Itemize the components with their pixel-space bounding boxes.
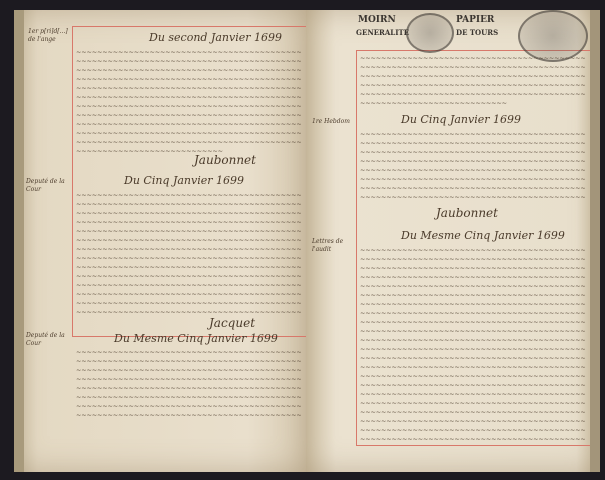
entry-text: ~~~~~~~~~~~~~~~~~~~~~~~~~~~~~~~~~~~~~~~~…	[360, 255, 585, 263]
entry-text: ~~~~~~~~~~~~~~~~~~~~~~~~~~~~	[360, 99, 510, 107]
entry-text: ~~~~~~~~~~~~~~~~~~~~~~~~~~~~~~~~~~~~~~~~…	[76, 245, 301, 253]
entry-text: ~~~~~~~~~~~~~~~~~~~~~~~~~~~~~~~~~~~~~~~~…	[76, 290, 301, 298]
entry-heading: Du Mesme Cinq Janvier 1699	[401, 229, 565, 242]
entry-text: ~~~~~~~~~~~~~~~~~~~~~~~~~~~~~~~~~~~~~~~~…	[360, 193, 585, 201]
entry-text: ~~~~~~~~~~~~~~~~~~~~~~~~~~~~~~~~~~~~~~~~…	[360, 81, 585, 89]
entry-text: ~~~~~~~~~~~~~~~~~~~~~~~~~~~~~~~~~~~~~~~~…	[76, 93, 301, 101]
entry-text: ~~~~~~~~~~~~~~~~~~~~~~~~~~~~~~~~~~~~~~~~…	[360, 399, 585, 407]
entry-text: ~~~~~~~~~~~~~~~~~~~~~~~~~~~~~~~~~~~~~~~~…	[76, 120, 301, 128]
entry-text: ~~~~~~~~~~~~~~~~~~~~~~~~~~~~~~~~~~~~~~~~…	[76, 384, 301, 392]
entry-text: ~~~~~~~~~~~~~~~~~~~~~~~~~~~~~~~~~~~~~~~~…	[76, 218, 301, 226]
entry-text: ~~~~~~~~~~~~~~~~~~~~~~~~~~~~~~~~~~~~~~~~…	[360, 184, 585, 192]
margin-note: 1re Hebdom	[312, 118, 356, 126]
entry-text: ~~~~~~~~~~~~~~~~~~~~~~~~~~~~~~~~~~~~~~~~…	[360, 282, 585, 290]
signature: Jaubonnet	[436, 206, 498, 220]
entry-text: ~~~~~~~~~~~~~~~~~~~~~~~~~~~~~~~~~~~~~~~~…	[360, 381, 585, 389]
entry-text: ~~~~~~~~~~~~~~~~~~~~~~~~~~~~~~~~~~~~~~~~…	[76, 411, 301, 419]
entry-text: ~~~~~~~~~~~~~~~~~~~~~~~~~~~~~~~~~~~~~~~~…	[76, 129, 301, 137]
page-edge	[590, 10, 600, 472]
entry-text: ~~~~~~~~~~~~~~~~~~~~~~~~~~~~~~~~~~~~~~~~…	[76, 402, 301, 410]
entry-heading: Du Mesme Cinq Janvier 1699	[114, 332, 278, 345]
red-top-rule	[72, 26, 306, 27]
entry-text: ~~~~~~~~~~~~~~~~~~~~~~~~~~~~~~~~~~~~~~~~…	[360, 417, 585, 425]
entry-text: ~~~~~~~~~~~~~~~~~~~~~~~~~~~~~~~~~~~~~~~~…	[76, 263, 301, 271]
entry-text: ~~~~~~~~~~~~~~~~~~~~~~~~~~~~~~~~~~~~~~~~…	[360, 426, 585, 434]
entry-text: ~~~~~~~~~~~~~~~~~~~~~~~~~~~~~~~~~~~~~~~~…	[76, 102, 301, 110]
entry-text: ~~~~~~~~~~~~~~~~~~~~~~~~~~~~~~~~~~~~~~~~…	[360, 246, 585, 254]
entry-text: ~~~~~~~~~~~~~~~~~~~~~~~~~~~~~~~~~~~~~~~~…	[360, 90, 585, 98]
entry-text: ~~~~~~~~~~~~~~~~~~~~~~~~~~~~~~~~~~~~~~~~…	[76, 281, 301, 289]
margin-note: Deputé de la Cour	[26, 332, 70, 348]
entry-text: ~~~~~~~~~~~~~~~~~~~~~~~~~~~~~~~~~~~~~~~~…	[360, 372, 585, 380]
entry-text: ~~~~~~~~~~~~~~~~~~~~~~~~~~~~~~~~~~~~~~~~…	[76, 348, 301, 356]
entry-text: ~~~~~~~~~~~~~~~~~~~~~~~~~~~~~~~~~~~~~~~~…	[360, 264, 585, 272]
entry-text: ~~~~~~~~~~~~~~~~~~~~~~~~~~~~~~~~~~~~~~~~…	[360, 54, 585, 62]
entry-text: ~~~~~~~~~~~~~~~~~~~~~~~~~~~~~~~~~~~~~~~~…	[360, 166, 585, 174]
entry-text: ~~~~~~~~~~~~~~~~~~~~~~~~~~~~~~~~~~~~~~~~…	[360, 363, 585, 371]
top-margin-note: 1er p[ri]d[...] de l'ange	[28, 28, 76, 44]
entry-heading: Du second Janvier 1699	[149, 31, 282, 44]
entry-text: ~~~~~~~~~~~~~~~~~~~~~~~~~~~~~~~~~~~~~~~~…	[76, 57, 301, 65]
entry-text: ~~~~~~~~~~~~~~~~~~~~~~~~~~~~~~~~~~~~~~~~…	[360, 345, 585, 353]
entry-text: ~~~~~~~~~~~~~~~~~~~~~~~~~~~~~~~~~~~~~~~~…	[76, 227, 301, 235]
entry-text: ~~~~~~~~~~~~~~~~~~~~~~~~~~~~~~~~~~~~~~~~…	[360, 309, 585, 317]
entry-text: ~~~~~~~~~~~~~~~~~~~~~~~~~~~~~~~~~~~~~~~~…	[360, 63, 585, 71]
entry-text: ~~~~~~~~~~~~~~~~~~~~~~~~~~~~~~~~~~~~~~~~…	[76, 272, 301, 280]
red-margin-rule	[72, 26, 73, 336]
entry-text: ~~~~~~~~~~~~~~~~~~~~~~~~~~~~~~~~~~~~~~~~…	[76, 191, 301, 199]
entry-text: ~~~~~~~~~~~~~~~~~~~~~~~~~~~~~~~~~~~~~~~~…	[76, 236, 301, 244]
margin-note: Deputé de la Cour	[26, 178, 70, 194]
entry-text: ~~~~~~~~~~~~~~~~~~~~~~~~~~~~~~~~~~~~~~~~…	[360, 327, 585, 335]
entry-text: ~~~~~~~~~~~~~~~~~~~~~~~~~~~~~~~~~~~~~~~~…	[76, 111, 301, 119]
stamp-seal	[406, 13, 454, 53]
entry-text: ~~~~~~~~~~~~~~~~~~~~~~~~~~~~~~~~~~~~~~~~…	[360, 390, 585, 398]
entry-text: ~~~~~~~~~~~~~~~~~~~~~~~~~~~~~~~~~~~~~~~~…	[76, 375, 301, 383]
entry-text: ~~~~~~~~~~~~~~~~~~~~~~~~~~~~~~~~~~~~~~~~…	[76, 200, 301, 208]
entry-text: ~~~~~~~~~~~~~~~~~~~~~~~~~~~~~~~~~~~~~~~~…	[360, 175, 585, 183]
entry-text: ~~~~~~~~~~~~~~~~~~~~~~~~~~~~~~~~~~~~~~~~…	[360, 157, 585, 165]
entry-text: ~~~~~~~~~~~~~~~~~~~~~~~~~~~~~~~~~~~~~~~~…	[360, 72, 585, 80]
entry-text: ~~~~~~~~~~~~~~~~~~~~~~~~~~~~~~~~~~~~~~~~…	[76, 66, 301, 74]
entry-text: ~~~~~~~~~~~~~~~~~~~~~~~~~~~~~~~~~~~~~~~~…	[76, 84, 301, 92]
entry-text: ~~~~~~~~~~~~~~~~~~~~~~~~~~~~~~~~~~~~~~~~…	[76, 254, 301, 262]
right-page: MOIRN GENERALITE PAPIER DE TOURS ~~~~~~~…	[306, 10, 600, 472]
entry-text: ~~~~~~~~~~~~~~~~~~~~~~~~~~~~~~~~~~~~~~~~…	[360, 148, 585, 156]
entry-heading: Du Cinq Janvier 1699	[124, 174, 244, 187]
red-bottom-rule	[356, 445, 590, 446]
signature: Jaubonnet	[194, 153, 256, 167]
entry-text: ~~~~~~~~~~~~~~~~~~~~~~~~~~~~~~~~~~~~~~~~…	[360, 318, 585, 326]
entry-text: ~~~~~~~~~~~~~~~~~~~~~~~~~~~~~~~~~~~~~~~~…	[360, 291, 585, 299]
entry-text: ~~~~~~~~~~~~~~~~~~~~~~~~~~~~~~~~~~~~~~~~…	[360, 139, 585, 147]
entry-text: ~~~~~~~~~~~~~~~~~~~~~~~~~~~~~~~~~~~~~~~~…	[76, 209, 301, 217]
entry-text: ~~~~~~~~~~~~~~~~~~~~~~~~~~~~~~~~~~~~~~~~…	[76, 48, 301, 56]
page-edge	[14, 10, 24, 472]
entry-text: ~~~~~~~~~~~~~~~~~~~~~~~~~~~~~~~~~~~~~~~~…	[76, 357, 301, 365]
margin-note: Lettres de l'audit	[312, 238, 356, 254]
signature: Jacquet	[209, 316, 255, 330]
open-register: 1er p[ri]d[...] de l'ange Du second Janv…	[14, 10, 600, 472]
entry-text: ~~~~~~~~~~~~~~~~~~~~~~~~~~~~~~~~~~~~~~~~…	[360, 300, 585, 308]
entry-text: ~~~~~~~~~~~~~~~~~~~~~~~~~~~~~~~~~~~~~~~~…	[360, 336, 585, 344]
entry-text: ~~~~~~~~~~~~~~~~~~~~~~~~~~~~~~~~~~~~~~~~…	[76, 75, 301, 83]
entry-heading: Du Cinq Janvier 1699	[401, 113, 521, 126]
entry-text: ~~~~~~~~~~~~~~~~~~~~~~~~~~~~~~~~~~~~~~~~…	[76, 393, 301, 401]
entry-text: ~~~~~~~~~~~~~~~~~~~~~~~~~~~~~~~~~~~~~~~~…	[360, 354, 585, 362]
entry-text: ~~~~~~~~~~~~~~~~~~~~~~~~~~~~~~~~~~~~~~~~…	[360, 435, 585, 443]
entry-text: ~~~~~~~~~~~~~~~~~~~~~~~~~~~~~~~~~~~~~~~~…	[360, 408, 585, 416]
entry-text: ~~~~~~~~~~~~~~~~~~~~~~~~~~~~~~~~~~~~~~~~…	[360, 130, 585, 138]
entry-text: ~~~~~~~~~~~~~~~~~~~~~~~~~~~~~~~~~~~~~~~~…	[76, 366, 301, 374]
red-margin-rule	[356, 50, 357, 445]
entry-text: ~~~~~~~~~~~~~~~~~~~~~~~~~~~~~~~~~~~~~~~~…	[360, 273, 585, 281]
entry-text: ~~~~~~~~~~~~~~~~~~~~~~~~~~~~~~~~~~~~~~~~…	[76, 299, 301, 307]
entry-text: ~~~~~~~~~~~~~~~~~~~~~~~~~~~~~~~~~~~~~~~~…	[76, 138, 301, 146]
entry-text: ~~~~~~~~~~~~~~~~~~~~~~~~~~~~~~~~~~~~~~~~…	[76, 308, 301, 316]
left-page: 1er p[ri]d[...] de l'ange Du second Janv…	[14, 10, 306, 472]
